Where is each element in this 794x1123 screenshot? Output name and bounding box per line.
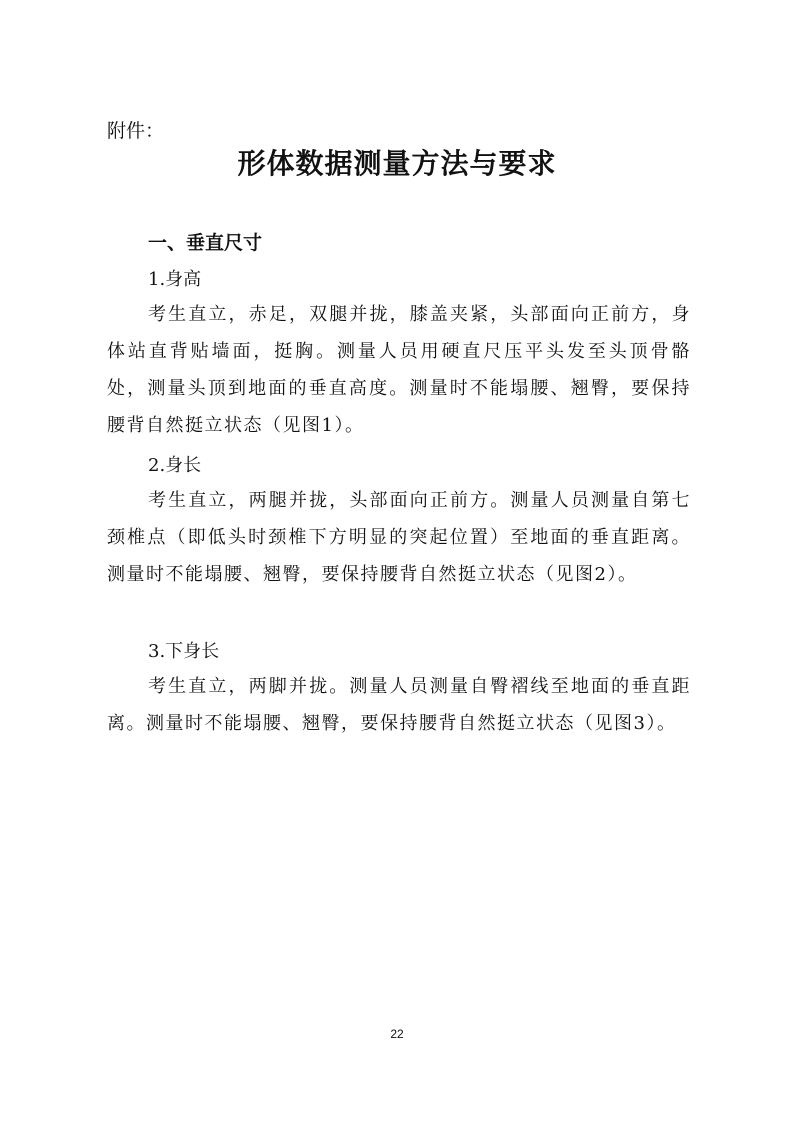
section-heading: 一、垂直尺寸 xyxy=(148,228,262,255)
item-text-height: 考生直立，赤足，双腿并拢，膝盖夹紧，头部面向正前方，身体站直背贴墙面，挺胸。测量… xyxy=(107,296,691,444)
item-text-body-length: 考生直立，两腿并拢，头部面向正前方。测量人员测量自第七颈椎点（即低头时颈椎下方明… xyxy=(107,482,691,593)
page-number: 22 xyxy=(0,1027,794,1041)
attachment-label: 附件： xyxy=(107,116,164,143)
page-title: 形体数据测量方法与要求 xyxy=(0,142,794,182)
item-label-height: 1.身高 xyxy=(148,265,201,291)
item-label-lower-body-length: 3.下身长 xyxy=(148,637,219,663)
item-text-lower-body-length: 考生直立，两脚并拢。测量人员测量自臀褶线至地面的垂直距离。测量时不能塌腰、翘臀，… xyxy=(107,668,691,742)
item-label-body-length: 2.身长 xyxy=(148,451,201,477)
